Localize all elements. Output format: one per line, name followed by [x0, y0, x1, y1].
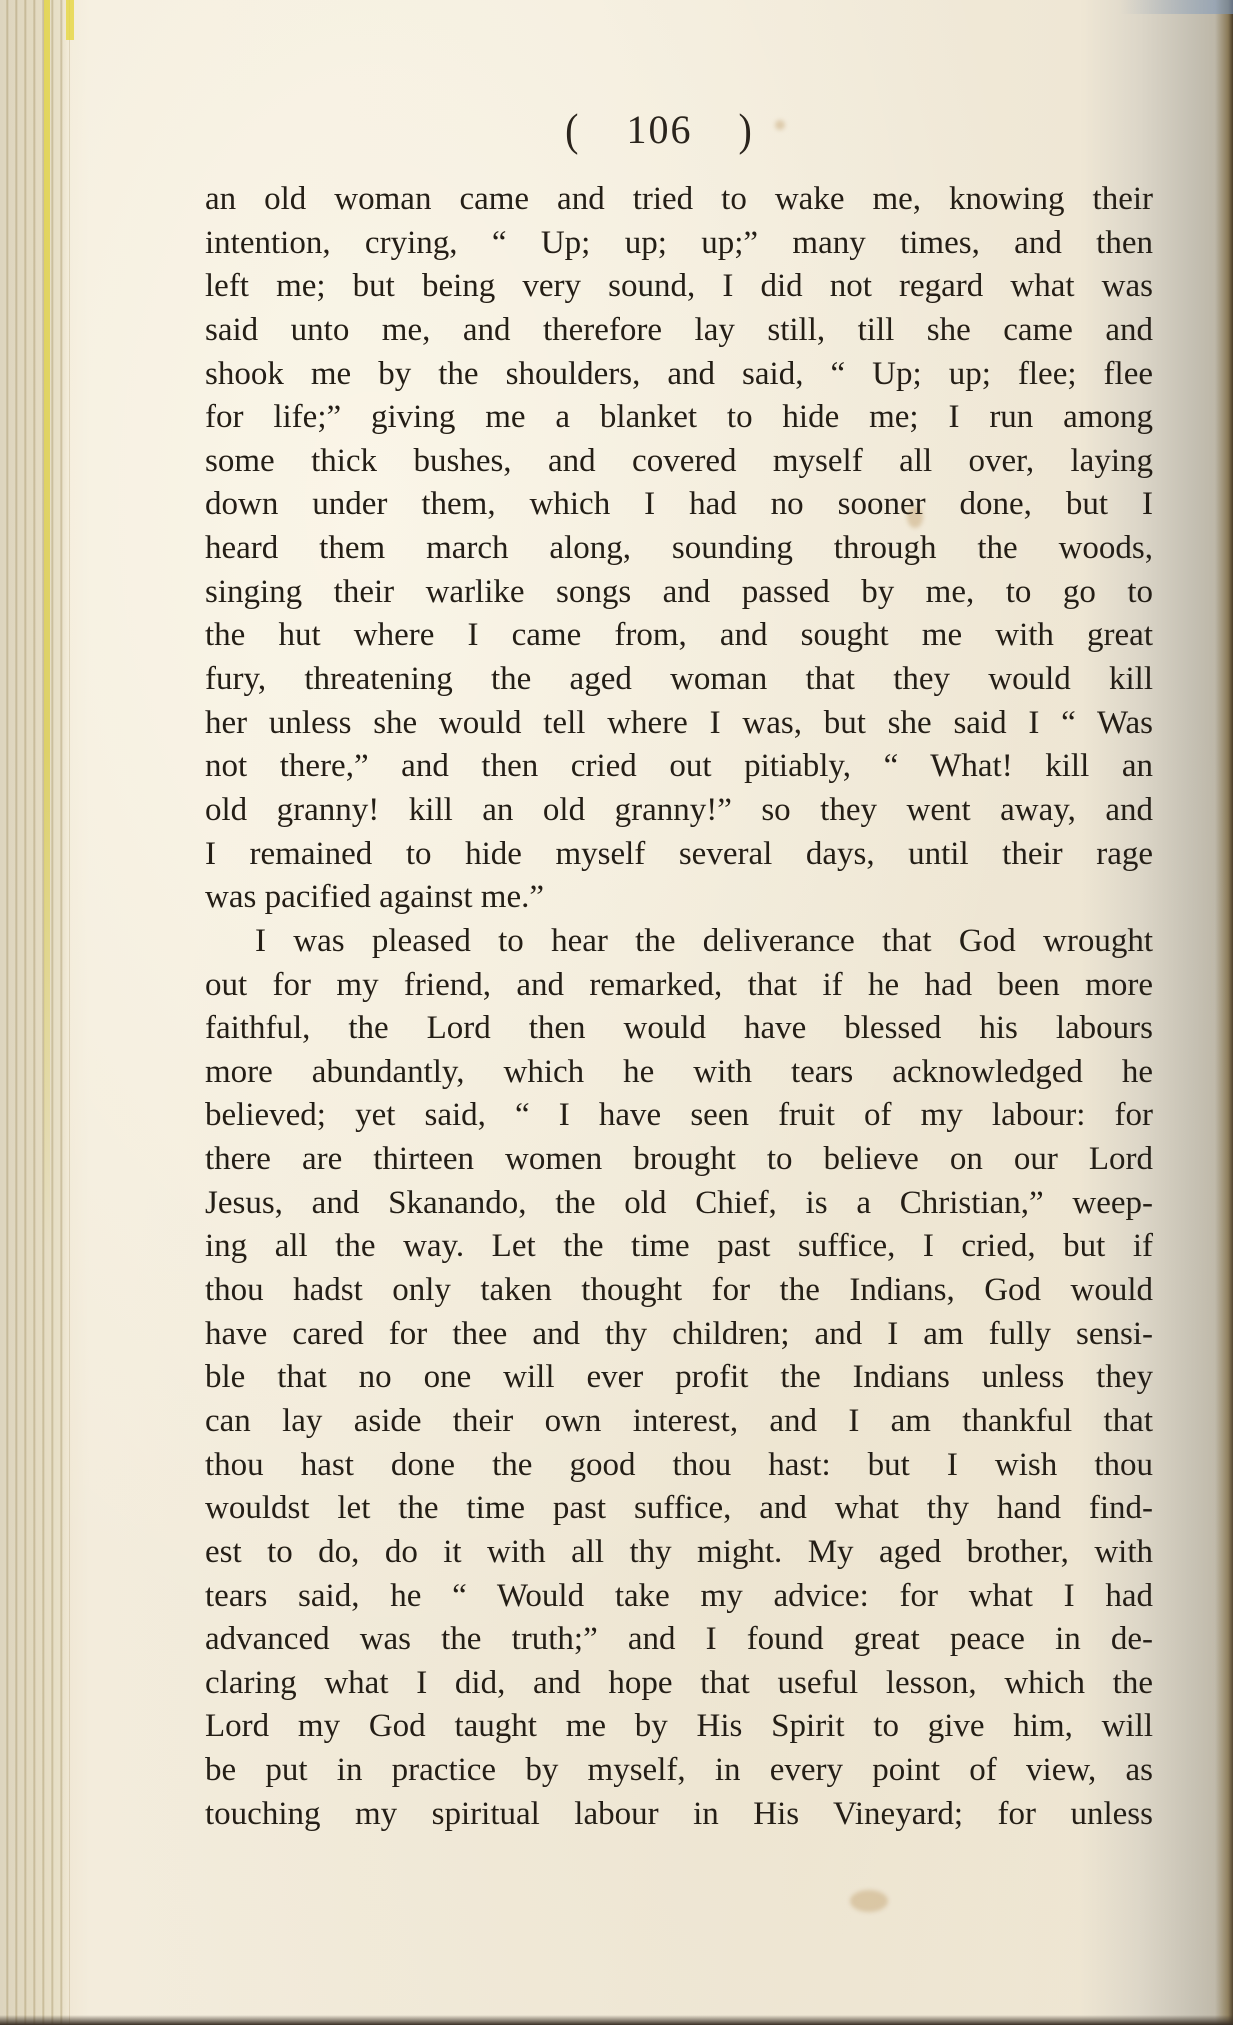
text-line: claring what I did, and hope that useful… [205, 1662, 1153, 1706]
body-text: an old woman came and tried to wake me, … [205, 178, 1153, 1836]
text-line: believed; yet said, “ I have seen fruit … [205, 1094, 1153, 1138]
text-line: the hut where I came from, and sought me… [205, 614, 1153, 658]
scan-background-corner [1120, 0, 1233, 14]
page-number-value: 106 [627, 107, 693, 152]
text-line: singing their warlike songs and passed b… [205, 571, 1153, 615]
text-line: thou hadst only taken thought for the In… [205, 1269, 1153, 1313]
text-line: her unless she would tell where I was, b… [205, 702, 1153, 746]
binding-yellow-stain [44, 0, 50, 1250]
binding-yellow-stain-top [66, 0, 74, 40]
foxing-stain [850, 1890, 888, 1912]
text-line: touching my spiritual labour in His Vine… [205, 1793, 1153, 1837]
text-line: out for my friend, and remarked, that if… [205, 964, 1153, 1008]
page-binding-edge [0, 0, 70, 2025]
text-line: an old woman came and tried to wake me, … [205, 178, 1153, 222]
text-line: was pacified against me.” [205, 876, 1153, 920]
text-line: wouldst let the time past suffice, and w… [205, 1487, 1153, 1531]
text-line: more abundantly, which he with tears ack… [205, 1051, 1153, 1095]
text-line: advanced was the truth;” and I found gre… [205, 1618, 1153, 1662]
text-line: Lord my God taught me by His Spirit to g… [205, 1705, 1153, 1749]
text-line: intention, crying, “ Up; up; up;” many t… [205, 222, 1153, 266]
page-number: ( 106 ) [0, 106, 1233, 153]
text-line: thou hast done the good thou hast: but I… [205, 1444, 1153, 1488]
page-number-close-paren: ) [739, 102, 754, 156]
text-line: fury, threatening the aged woman that th… [205, 658, 1153, 702]
text-line: ing all the way. Let the time past suffi… [205, 1225, 1153, 1269]
text-line: old granny! kill an old granny!” so they… [205, 789, 1153, 833]
text-line: down under them, which I had no sooner d… [205, 483, 1153, 527]
text-line: not there,” and then cried out pitiably,… [205, 745, 1153, 789]
text-line: I remained to hide myself several days, … [205, 833, 1153, 877]
text-line: I was pleased to hear the deliverance th… [205, 920, 1153, 964]
text-line: there are thirteen women brought to beli… [205, 1138, 1153, 1182]
paragraph-1: an old woman came and tried to wake me, … [205, 178, 1153, 920]
text-line: faithful, the Lord then would have bless… [205, 1007, 1153, 1051]
page-number-open-paren: ( [565, 102, 580, 156]
text-line: left me; but being very sound, I did not… [205, 265, 1153, 309]
text-line: have cared for thee and thy children; an… [205, 1313, 1153, 1357]
text-line: est to do, do it with all thy might. My … [205, 1531, 1153, 1575]
text-line: ble that no one will ever profit the Ind… [205, 1356, 1153, 1400]
text-line: tears said, he “ Would take my advice: f… [205, 1575, 1153, 1619]
text-line: said unto me, and therefore lay still, t… [205, 309, 1153, 353]
text-line: be put in practice by myself, in every p… [205, 1749, 1153, 1793]
page-bottom-edge [0, 2015, 1233, 2025]
text-line: Jesus, and Skanando, the old Chief, is a… [205, 1182, 1153, 1226]
text-line: can lay aside their own interest, and I … [205, 1400, 1153, 1444]
paragraph-2: I was pleased to hear the deliverance th… [205, 920, 1153, 1836]
text-line: some thick bushes, and covered myself al… [205, 440, 1153, 484]
text-line: shook me by the shoulders, and said, “ U… [205, 353, 1153, 397]
book-page: ( 106 ) an old woman came and tried to w… [0, 0, 1233, 2025]
text-line: heard them march along, sounding through… [205, 527, 1153, 571]
text-line: for life;” giving me a blanket to hide m… [205, 396, 1153, 440]
